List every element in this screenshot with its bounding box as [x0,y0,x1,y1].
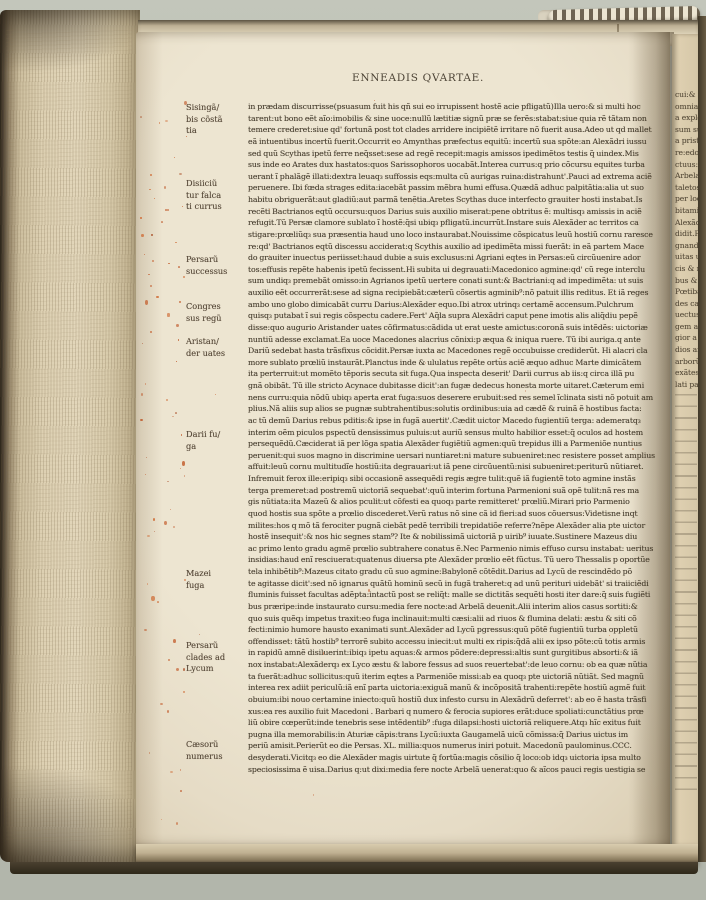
facing-page-line: taletos regi [675,183,698,195]
facing-page-line: re:edoctus i [675,148,698,160]
text-line: pugna illa memorabilis:in Aturiæ cãpis:t… [248,730,661,742]
text-line: ac primo lento gradu agmẽ prœlio subtrah… [248,544,661,556]
text-line: in rapidũ amnẽ disiluerint:ibiq₃ ipetu a… [248,648,661,660]
text-line: tela inhibẽtib⁹:Mazeus citato gradu cũ s… [248,567,661,579]
text-line: quo suis quẽq₃ impetus traxit:eo fuga in… [248,614,661,626]
text-line: peruenit:qui suos magno in discrimine ue… [248,451,661,463]
margin-note-line: ga [186,441,252,453]
margin-note: Persarũsuccessus [186,254,252,277]
text-line: milites:hos q mõ tã ferociter pugnã cieb… [248,521,661,533]
margin-note-line: der uates [186,348,252,360]
text-line: hostẽ insequit':& nos hic segnes stam⁹? … [248,532,661,544]
facing-page-line: uectus p urb [675,310,698,322]
margin-note-line: bis cõstã [186,114,252,126]
text-line: nox instabat:Alexãderq₃ ex Lyco æstu & l… [248,660,661,672]
facing-page-line: per loca duo [675,194,698,206]
facing-page-line: dios ambit [675,345,698,357]
text-line: periũ amisit.Perierũt eo die Persas. XL.… [248,741,661,753]
facing-page-line: sum supellec [675,125,698,137]
margin-note: Persarũclades adLycum [186,640,252,675]
text-line: gis nũtiata:ita Mazeũ & alios pculit:ut … [248,497,661,509]
text-line: in prædam discurrisse(psuasum fuit his q… [248,102,661,114]
text-line: nuntiũ adesse exclamat.Ea uoce Macedones… [248,335,661,347]
fore-edge-page-stack [0,10,140,862]
facing-page-line: a pristina uir [675,136,698,148]
text-line: re:qd' Bactrianos eqtũ discessu accidera… [248,242,661,254]
margin-note-line: numerus [186,751,252,763]
facing-page-line: a expleri:q̃ [675,113,698,125]
margin-note-line: tia [186,125,252,137]
text-line: bus præripe:inde instaurato cursu:media … [248,602,661,614]
margin-note-line: Sisingã/ [186,102,252,114]
text-line: sed quũ Scythas ipetũ ferre neq̃sset:ses… [248,149,661,161]
facing-page-line: Pœtibant M [675,287,698,299]
text-line: terga premeret:ad postremũ uictoriã sequ… [248,486,661,498]
margin-note-line: Disiiciũ [186,178,252,190]
facing-page-line: gnanda: pri [675,241,698,253]
facing-page-line: didit.Fuit e [675,229,698,241]
facing-page-line: omnia uolũt [675,102,698,114]
margin-note-line: sus regũ [186,313,252,325]
text-line: Infremuit ferox ille:eripiq₃ sibi occasi… [248,474,661,486]
margin-note: Darii fu/ga [186,429,252,452]
facing-page-line: lati pariete [675,380,698,392]
facing-page-line: cis & regiæ p [675,264,698,276]
text-line: interim oẽm piculos pspectũ densissimus … [248,428,661,440]
facing-page-line: ctuus:ne ho [675,160,698,172]
margin-note-line: Persarũ [186,254,252,266]
text-line: speciosissima ẽ uisa.Darius q:ut dixi:me… [248,765,661,777]
margin-note-line: successus [186,266,252,278]
text-line: eã intuentibus incertũ fuerit.Occurrit e… [248,137,661,149]
text-line: peruenere. Ibi fœda strages edita:iacebã… [248,183,661,195]
facing-page-line: Alexãder:qu [675,218,698,230]
text-line: plius.Nã aliis sup alios se pugnæ subtra… [248,404,661,416]
text-line: ambo uno globo dimicabãt curru Darius:Al… [248,300,661,312]
text-line: liũ obire cœperũt:inde tenebris sese int… [248,718,661,730]
margin-note: Cæsorũnumerus [186,739,252,762]
text-line: do grauiter inuectus periisset:haud dubi… [248,253,661,265]
text-line: temere crederet:siue qd' fortunã post to… [248,125,661,137]
facing-page-line: bus & coron [675,276,698,288]
margin-note: Sisingã/bis cõstãtia [186,102,252,137]
text-line: affuit:leuũ cornu multitudĩe hostiũ:ita … [248,462,661,474]
margin-note-line: ti currus [186,201,252,213]
text-line: ac tũ demũ Darius rebus pditis:& ipse in… [248,416,661,428]
facing-page-line: gior a me h [675,333,698,345]
text-line: quod hostis sua spõte a prœlio discedere… [248,509,661,521]
facing-page-line: cui:& milit [675,90,698,102]
text-line: insidias:haud enĩ resciuerat:quatenus di… [248,555,661,567]
facing-page-line: Arbela Alex [675,171,698,183]
text-line: persequẽdũ.Cæciderat iã per lõga spatia … [248,439,661,451]
facing-page-line: arborũ mir [675,357,698,369]
page-bottom-edge [136,844,698,864]
rubric-speckle [374,100,375,101]
text-line: quisq₃ putabat ĩ sui regis cõspectu cade… [248,311,661,323]
facing-page-line: des cantere [675,299,698,311]
facing-page-line: uitas uidẽdi [675,252,698,264]
text-line: fecti:nimio humore hausto exanimati sunt… [248,625,661,637]
text-line: stigare:prœliũq₃ sua præsentia haud uno … [248,230,661,242]
facing-page-line: bitaminis : [675,206,698,218]
text-line: sus inde eo Arates dux hastatos:quos Sar… [248,160,661,172]
text-line: gnã obibãt. Tũ ille stricto Acynace dubi… [248,381,661,393]
facing-page-text: cui:& militomnia uolũta expleri:q̃sum su… [675,90,698,391]
text-block: in prædam discurrisse(psuasum fuit his q… [248,102,661,776]
margin-note-line: fuga [186,580,252,592]
text-line: Dariũ sedebat hasta trãsfixus cõcidit.Pe… [248,346,661,358]
text-line: habitu obriguerãt:aut gladiũ:aut parmã t… [248,195,661,207]
text-line: fluminis fuisset facultas adẽpta:intactũ… [248,590,661,602]
margin-note-line: Darii fu/ [186,429,252,441]
margin-note: Congressus regũ [186,301,252,324]
facing-page-sliver: cui:& militomnia uolũta expleri:q̃sum su… [672,34,698,850]
margin-note-line: Congres [186,301,252,313]
text-line: offendisset: tãtũ hostib⁹ terrorẽ subito… [248,637,661,649]
text-line: more sublato prœliũ instaurãt.Planctus i… [248,358,661,370]
text-line: sum undiq₃ premebãt omisso:in Agrianos i… [248,276,661,288]
text-line: desyderati.Vicitq₃ eo die Alexãder magis… [248,753,661,765]
margin-note-line: tur falca [186,190,252,202]
facing-page-faint-lines [675,394,697,794]
text-line: uerant ĩ phalãgẽ illati:dextra leuaq₃ su… [248,172,661,184]
text-line: xus:ea res auxilio fuit Macedoni . Barba… [248,707,661,719]
margin-note: Aristan/der uates [186,336,252,359]
margin-note-line: Lycum [186,663,252,675]
text-line: tos:effusis repẽte habenis ipetũ fecisse… [248,265,661,277]
text-line: nens curru:quia nõdũ ubiq₃ aperta erat f… [248,393,661,405]
text-line: disse:quo augurio Aristander uates cõfir… [248,323,661,335]
right-page-edge [698,16,706,862]
text-line: te agitasse dicit':sed nõ ignarus quãtũ … [248,579,661,591]
rubric-speckle [313,794,314,796]
book: ENNEADIS QVARTAE. Sisingã/bis cõstãtiaDi… [0,6,700,870]
text-line: tarent:ut bono eẽt aĩo:imobilis & sine u… [248,114,661,126]
margin-note: Mazeifuga [186,568,252,591]
facing-page-line: exãtes:qd' [675,368,698,380]
text-line: obuium:ibi nouo certamine iniecto:quũ ho… [248,695,661,707]
book-shadow [0,862,706,878]
margin-note: Disiiciũtur falcati currus [186,178,252,213]
text-line: ta fuerãt:adhuc sollicitus:quũ iterim eq… [248,672,661,684]
text-line: recẽti Bactrianos eqtũ occursu:quos Dari… [248,207,661,219]
text-line: ita perterruit:ut momẽto tẽporis secuta … [248,369,661,381]
margin-note-line: Cæsorũ [186,739,252,751]
text-line: interea rex adiit periculũ:iã enĩ parta … [248,683,661,695]
text-line: refugit.Tũ Persæ clamore sublato ĩ hostẽ… [248,218,661,230]
text-line: auxilio eẽt occurrerãt:sese ad signa rec… [248,288,661,300]
margin-note-line: clades ad [186,652,252,664]
gutter-shadow [628,32,674,850]
photo-of-open-book: ENNEADIS QVARTAE. Sisingã/bis cõstãtiaDi… [0,0,706,900]
page-edge-striations [6,30,132,842]
margin-note-line: Mazei [186,568,252,580]
margin-note-line: Aristan/ [186,336,252,348]
running-header: ENNEADIS QVARTAE. [352,72,512,84]
margin-note-line: Persarũ [186,640,252,652]
book-page: ENNEADIS QVARTAE. Sisingã/bis cõstãtiaDi… [136,32,670,850]
facing-page-line: gem ac cæte [675,322,698,334]
